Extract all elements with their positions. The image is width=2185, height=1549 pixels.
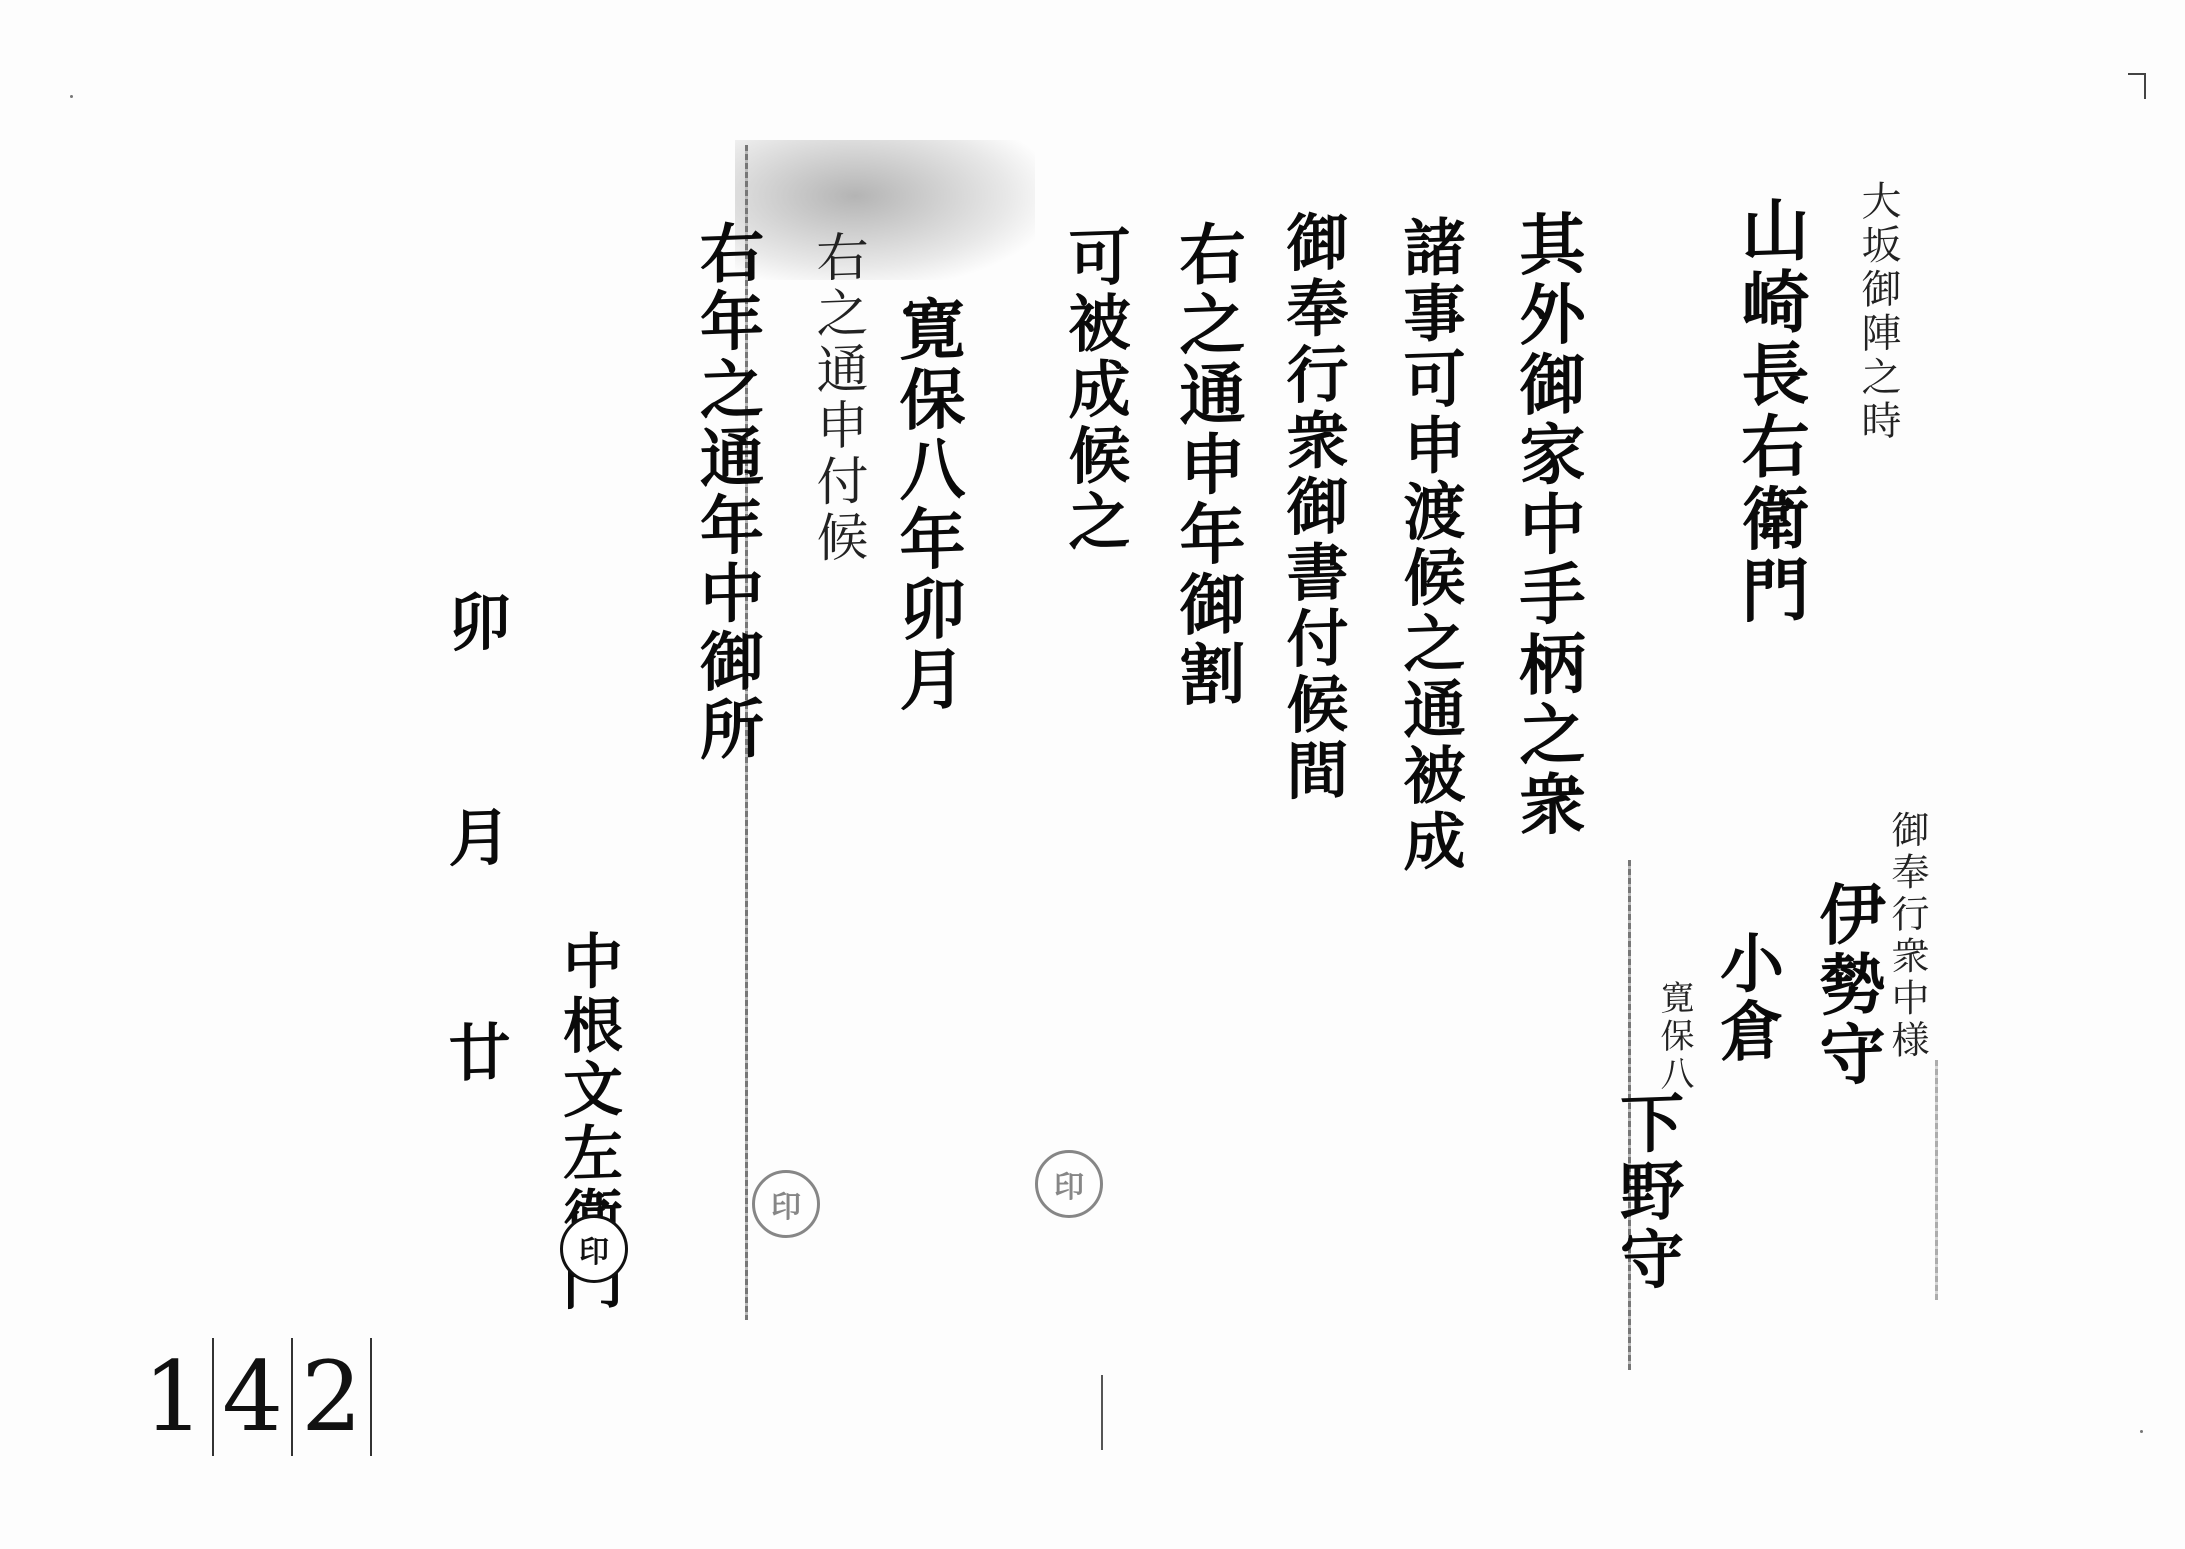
text-column: 御奉行衆御書付候間	[1268, 208, 1357, 805]
registration-corner-mark	[2128, 73, 2146, 99]
header-note-column: 大坂御陣之時	[1850, 179, 1907, 445]
text-column: 諸事可申渡候之通被成	[1385, 213, 1474, 876]
date-column: 卯 月 廿	[430, 588, 519, 1123]
text-column: 寛保八年卯月	[880, 293, 975, 716]
page-number-digit: 2	[293, 1338, 372, 1456]
faint-seal-stamp: 印	[752, 1170, 820, 1238]
page-number-digit: 1	[135, 1338, 214, 1456]
seal-stamp: 印	[560, 1215, 628, 1283]
fold-tick-mark	[1101, 1375, 1103, 1450]
scan-noise-band	[735, 140, 1035, 280]
signatory-title: 寛保八	[1650, 979, 1699, 1095]
text-column: 其外御家中手柄之衆	[1500, 208, 1595, 841]
page-number: 1 4 2	[135, 1338, 372, 1456]
faint-seal-stamp: 印	[1035, 1150, 1103, 1218]
document-page: 大坂御陣之時 御奉行衆中様 山崎長右衛門 其外御家中手柄之衆 諸事可申渡候之通被…	[0, 0, 2185, 1549]
text-column: 可被成候之	[1050, 223, 1139, 556]
signatory-name: 小倉	[1700, 928, 1792, 1067]
text-column: 右年之通年中御所	[680, 218, 772, 765]
text-column: 山崎長右衛門	[1722, 193, 1819, 628]
signatory-name: 伊勢守	[1800, 878, 1895, 1091]
text-column: 右之通申付候	[800, 229, 875, 568]
scan-dot	[2140, 1430, 2143, 1433]
scan-dot	[70, 95, 73, 98]
text-column: 右之通申年御割	[1160, 218, 1255, 711]
signatory-name: 下野守	[1600, 1088, 1692, 1295]
page-number-digit: 4	[214, 1338, 293, 1456]
paper-edge-rule	[1935, 1060, 1938, 1300]
